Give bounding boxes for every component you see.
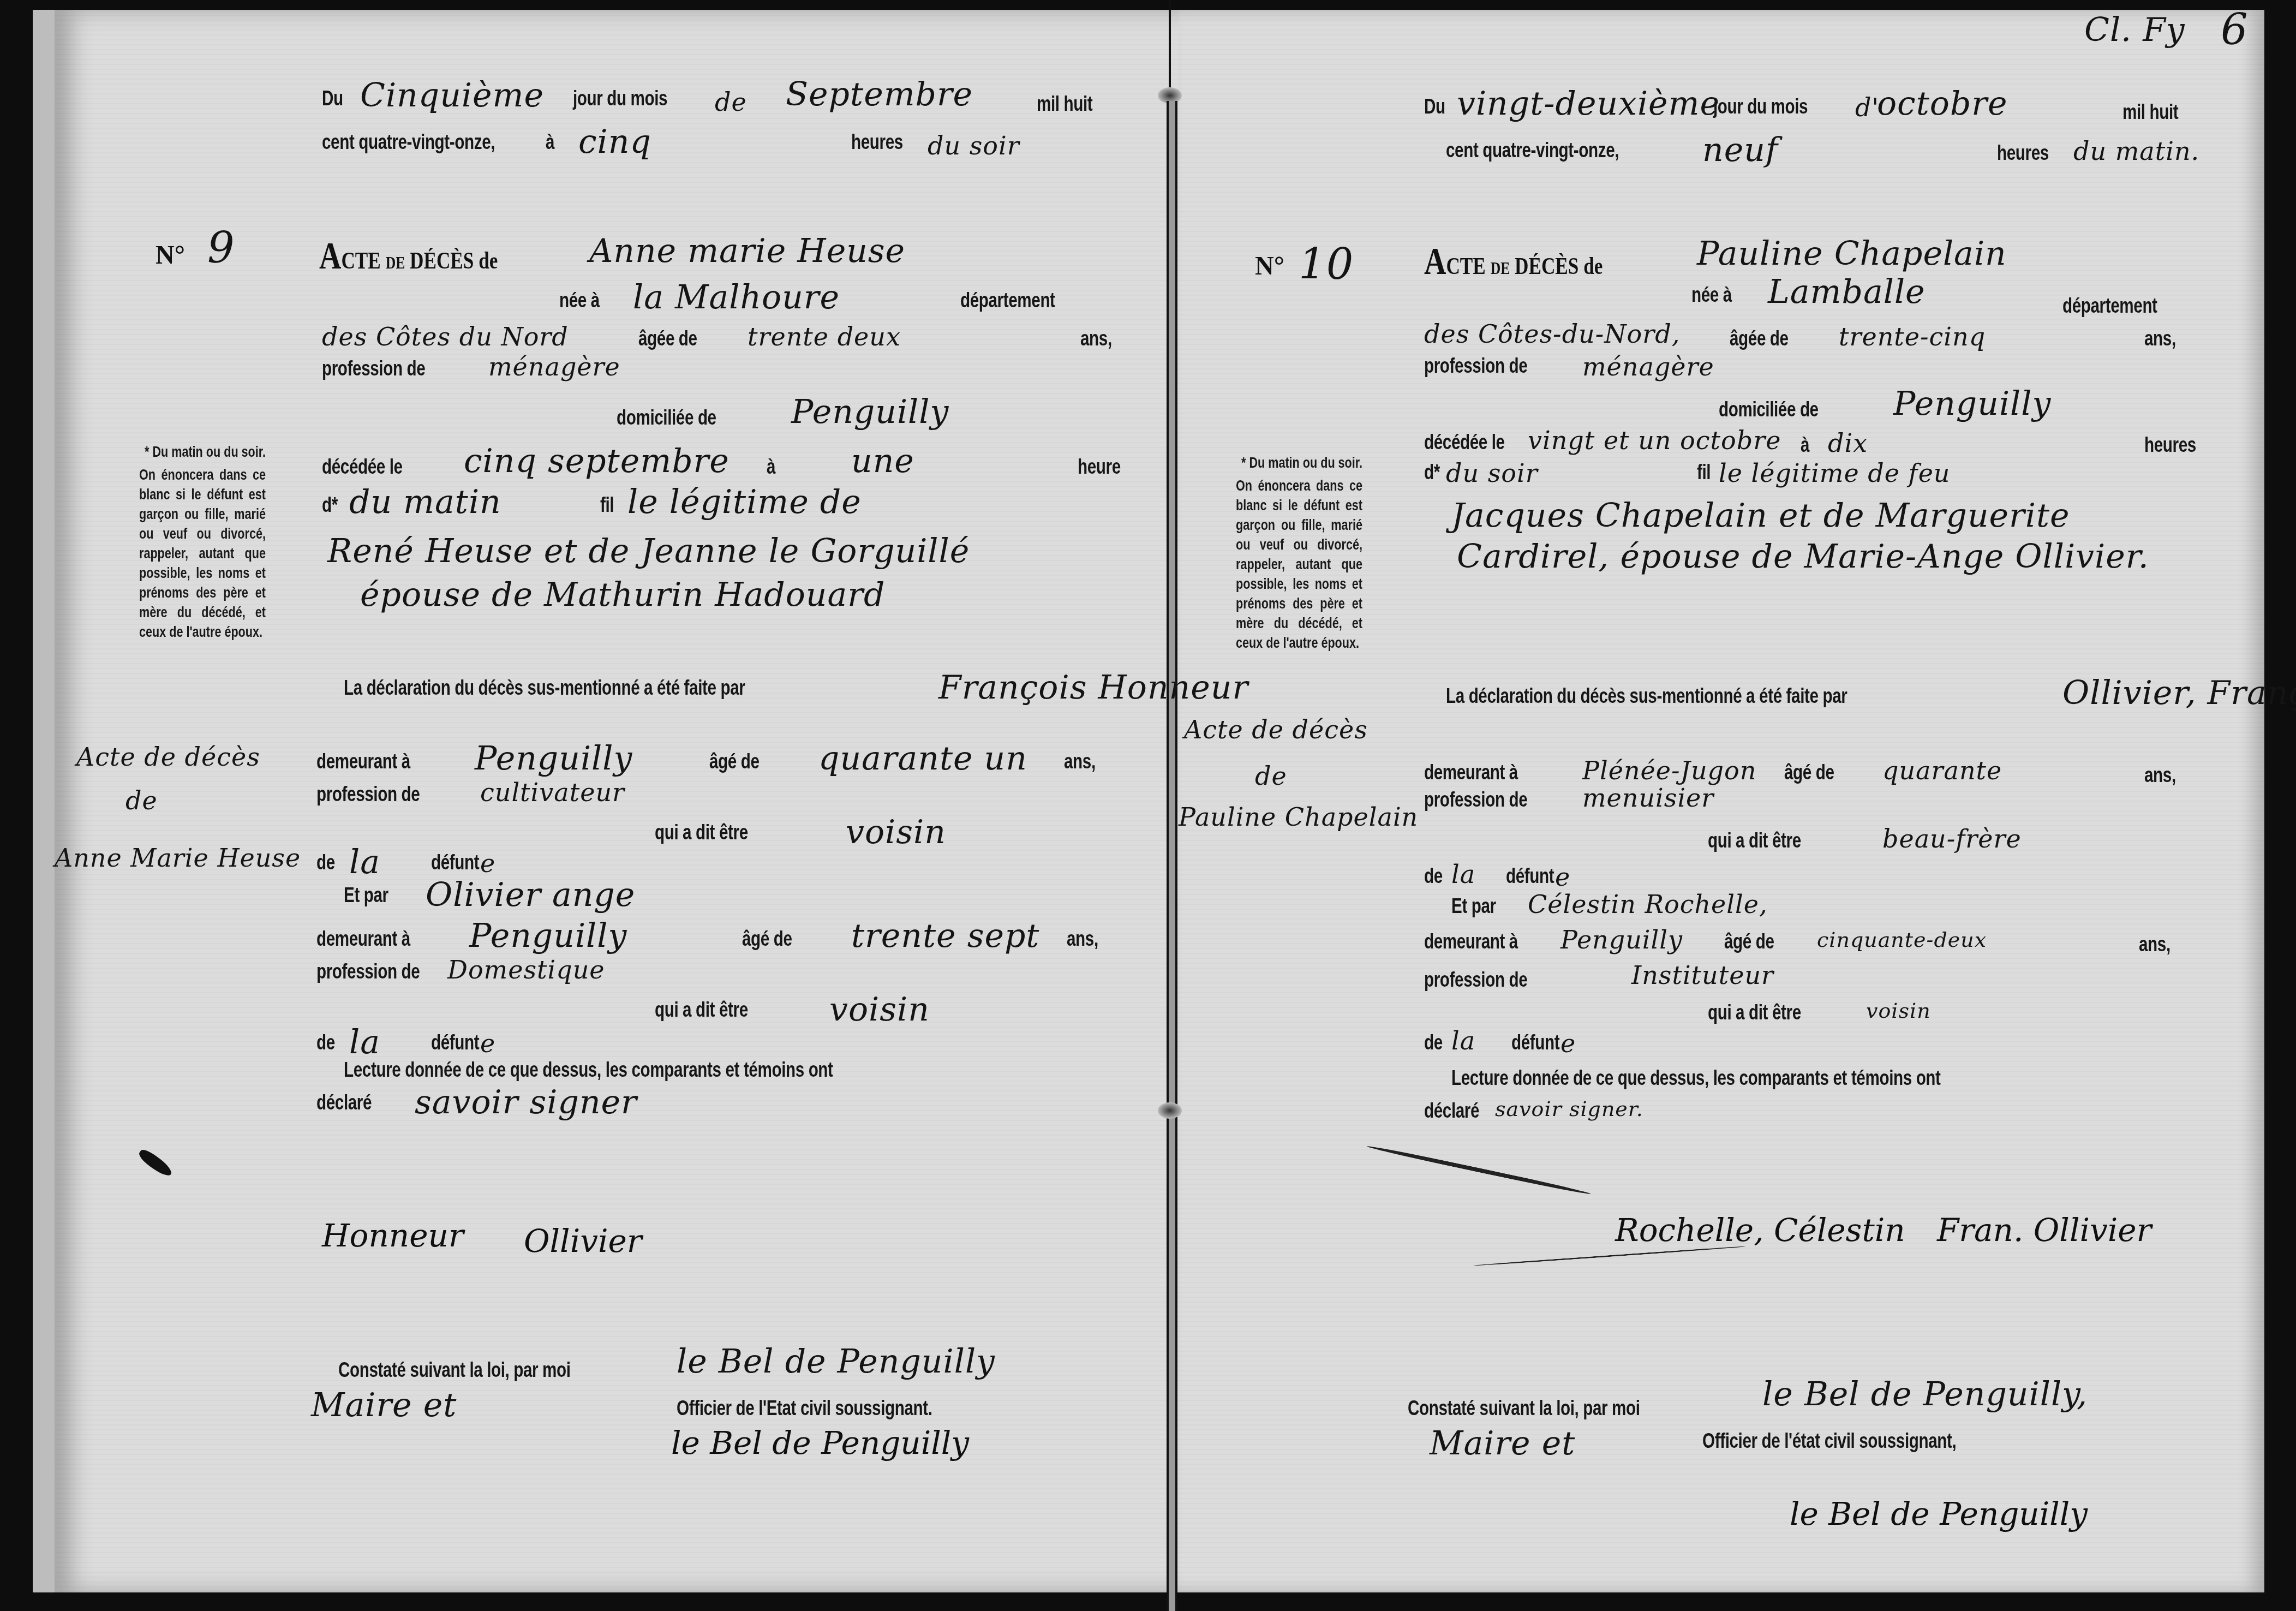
record-10-number: 10 [1299, 240, 1354, 289]
label-age-de2: âgé de [742, 928, 792, 951]
record-9-margin-line2: de [125, 786, 158, 815]
acte-deces: DÉCÈS [410, 247, 474, 274]
acte-rest: CTE [341, 247, 380, 274]
label-profession-r3: profession de [1424, 969, 1527, 992]
record-10-declarant2-residence: Penguilly [1560, 925, 1683, 954]
record-9-officer-title: Maire et [311, 1386, 457, 1424]
record-10-profession: ménagère [1582, 352, 1714, 381]
record-10-margin-line2: de [1255, 761, 1287, 791]
label-d-star-r: d* [1424, 461, 1440, 485]
record-10-margin-line3: Pauline Chapelain [1179, 802, 1418, 832]
record-9-margin-line1: Acte de décès [76, 742, 260, 772]
label-departement-r: département [2062, 295, 2157, 318]
record-10-death-period: du soir [1446, 458, 1538, 488]
record-9-death-date: cinq septembre [464, 442, 730, 480]
label-declare-r: déclaré [1424, 1100, 1479, 1123]
acte-initial-r: A [1424, 241, 1446, 283]
record-9-month: Septembre [786, 75, 973, 114]
label-ans-r3: ans, [2139, 933, 2171, 957]
label-du-r: Du [1424, 96, 1445, 119]
label-officier-right: Officier de l'état civil soussignant, [1702, 1430, 1956, 1453]
label-heures-plural: heures [2144, 434, 2196, 457]
label-defunt-r: défunt [1506, 865, 1554, 888]
acte-rest-r: CTE [1446, 253, 1485, 279]
record-9-declarant1-residence: Penguilly [475, 739, 632, 778]
label-defunt-r2: défunt [1511, 1031, 1559, 1055]
record-9-defunt-suffix: e [480, 849, 495, 878]
record-9-de-la: la [349, 843, 380, 881]
label-jour-du-mois-r: jour du mois [1713, 96, 1808, 119]
label-demeurant: demeurant à [316, 750, 410, 774]
label-et-par: Et par [344, 884, 388, 908]
label-du: Du [322, 87, 343, 111]
label-heures: heures [851, 131, 903, 154]
record-10-deceased-name: Pauline Chapelain [1697, 235, 2007, 273]
acte-title: ACTE DE DÉCÈS de [319, 235, 498, 278]
record-9-filiation: le légitime de [627, 483, 862, 521]
acte-de2: de [479, 247, 498, 274]
label-d-star: d* [322, 494, 338, 517]
record-9-number: 9 [207, 224, 235, 273]
acte-deces-r: DÉCÈS [1515, 253, 1578, 279]
label-heures-r: heures [1997, 142, 2049, 165]
label-ans-r2: ans, [2144, 764, 2176, 787]
label-ans-r: ans, [2144, 327, 2176, 351]
label-de: de [316, 851, 335, 875]
record-10-day: vingt-deuxième [1457, 85, 1720, 123]
label-a2: à [767, 456, 775, 479]
label-defunt2: défunt [431, 1031, 479, 1055]
label-number: N° [156, 240, 185, 270]
binding-gutter [1161, 0, 1177, 1611]
record-9-declarant2-name: Olivier ange [426, 876, 635, 914]
label-domiciliee: domiciliée de [617, 407, 716, 430]
record-9-declarant1-relation: voisin [846, 813, 946, 851]
label-profession-r: profession de [1424, 355, 1527, 378]
label-jour-du-mois: jour du mois [573, 87, 667, 111]
label-year: cent quatre-vingt-onze, [322, 131, 495, 154]
record-9-birthplace: la Malhoure [633, 278, 840, 317]
record-10-defunt-suffix: e [1555, 862, 1570, 892]
label-a: à [546, 131, 554, 154]
label-decedee-le: décédée le [322, 456, 403, 479]
record-9-declared: savoir signer [415, 1083, 637, 1121]
record-10-month: octobre [1877, 85, 2008, 123]
record-10-signature-1: Rochelle, Célestin [1615, 1212, 1905, 1249]
margin-note-r-line1: * Du matin ou du soir. [1236, 453, 1362, 473]
label-fil: fil [600, 494, 614, 517]
label-profession3: profession de [316, 960, 420, 984]
label-agee-de: âgée de [638, 327, 697, 351]
label-declare: déclaré [316, 1091, 372, 1115]
label-age-de-r2: âgé de [1724, 930, 1774, 954]
acte-title-r: ACTE DE DÉCÈS de [1424, 240, 1603, 284]
record-10-filiation: le légitime de feu [1719, 458, 1950, 488]
record-10-parents: Jacques Chapelain et de Marguerite [1451, 497, 2070, 535]
record-9-domicile: Penguilly [791, 393, 949, 431]
record-9-declarant1-name: François Honneur [938, 669, 1248, 707]
acte-de-r: DE [1491, 258, 1510, 278]
record-10-declarant1-age: quarante [1882, 756, 2002, 785]
record-10-spouse: Cardirel, épouse de Marie-Ange Ollivier. [1457, 538, 2149, 576]
label-qui-a-dit-r: qui a dit être [1708, 830, 1801, 853]
record-10-month-prefix: d' [1855, 93, 1879, 122]
record-9-spouse: épouse de Mathurin Hadouard [360, 576, 885, 614]
label-nee-a-r: née à [1691, 284, 1732, 307]
label-agee-de-r: âgée de [1730, 327, 1789, 351]
label-profession: profession de [322, 357, 425, 381]
label-officier-left: Officier de l'Etat civil soussignant. [677, 1397, 932, 1421]
label-lecture: Lecture donnée de ce que dessus, les com… [344, 1059, 833, 1082]
record-9-margin-line3: Anne Marie Heuse [55, 843, 301, 873]
label-declaration: La déclaration du décès sus-mentionné a … [344, 677, 745, 700]
record-9-declarant2-profession: Domestique [447, 955, 605, 985]
record-9-death-hour: une [851, 442, 914, 480]
record-10-declarant1-residence: Plénée-Jugon [1582, 756, 1756, 785]
acte-initial: A [319, 235, 341, 277]
label-departement: département [960, 289, 1055, 313]
label-mil-huit-r: mil huit [2122, 101, 2178, 124]
label-defunt: défunt [431, 851, 479, 875]
label-demeurant-r2: demeurant à [1424, 930, 1518, 954]
record-10-age: trente-cinq [1839, 322, 1986, 351]
record-10-officer-name: le Bel de Penguilly, [1762, 1375, 2088, 1413]
label-constate-r: Constaté suivant la loi, par moi [1408, 1397, 1640, 1421]
record-10-department: des Côtes-du-Nord, [1424, 319, 1680, 349]
label-nee-a: née à [559, 289, 600, 313]
label-heure: heure [1078, 456, 1121, 479]
label-de-r2: de [1424, 1031, 1443, 1055]
record-10-declarant1-profession: menuisier [1582, 783, 1714, 813]
binding-knot-lower [1158, 1102, 1182, 1119]
label-age-de: âgé de [709, 750, 760, 774]
record-10-officer-title: Maire et [1430, 1424, 1575, 1463]
record-10-officer-signature: le Bel de Penguilly [1790, 1495, 2088, 1532]
label-demeurant2: demeurant à [316, 928, 410, 951]
label-demeurant-r: demeurant à [1424, 761, 1518, 785]
label-ans2: ans, [1064, 750, 1096, 774]
label-mil-huit: mil huit [1037, 93, 1092, 116]
label-declaration-r: La déclaration du décès sus-mentionné a … [1446, 685, 1847, 708]
margin-note-r-line2: On énoncera dans ce blanc si le défunt e… [1236, 476, 1362, 653]
record-10-margin-line1: Acte de décès [1184, 715, 1368, 744]
record-10-declarant1-relation: beau-frère [1882, 824, 2022, 854]
label-lecture-r: Lecture donnée de ce que dessus, les com… [1451, 1067, 1941, 1090]
record-10-birthplace: Lamballe [1768, 273, 1926, 311]
record-9-officer-name: le Bel de Penguilly [677, 1342, 995, 1381]
label-profession-r2: profession de [1424, 789, 1527, 812]
record-10-declared: savoir signer. [1495, 1097, 1643, 1121]
record-9-officer-signature: le Bel de Penguilly [671, 1424, 969, 1461]
record-9-signature-2: Ollivier [524, 1222, 642, 1260]
record-9-death-period: du matin [349, 483, 501, 521]
margin-note-line2: On énoncera dans ce blanc si le défunt e… [139, 465, 266, 642]
record-9-signature-1: Honneur [322, 1217, 464, 1254]
record-9-month-prefix: de [715, 87, 747, 117]
label-ans3: ans, [1067, 928, 1098, 951]
record-10-defunt-suffix2: e [1560, 1029, 1576, 1058]
label-age-de-r: âgé de [1784, 761, 1834, 785]
register-spread: Du Cinquième jour du mois de Septembre m… [0, 0, 2296, 1611]
label-profession2: profession de [316, 783, 420, 807]
record-10-time: neuf [1702, 131, 1778, 169]
label-de-r: de [1424, 865, 1443, 888]
acte-de2-r: de [1583, 253, 1603, 279]
record-10-de-la2: la [1451, 1026, 1475, 1055]
record-9-declarant1-age: quarante un [818, 739, 1027, 778]
label-constate: Constaté suivant la loi, par moi [338, 1359, 571, 1382]
binding-thread [1167, 101, 1177, 1611]
label-a-r: à [1801, 434, 1809, 457]
page-annotation: Cl. Fy [2084, 11, 2185, 49]
record-9-de-la2: la [349, 1023, 380, 1061]
record-10-declarant2-age: cinquante-deux [1817, 928, 1987, 952]
record-9-declarant1-profession: cultivateur [480, 778, 625, 807]
record-10-declarant2-relation: voisin [1866, 999, 1931, 1023]
record-9-age: trente deux [748, 322, 901, 351]
margin-note-left: * Du matin ou du soir. On énoncera dans … [139, 442, 266, 642]
margin-note-right: * Du matin ou du soir. On énoncera dans … [1236, 453, 1362, 653]
label-qui-a-dit2: qui a dit être [655, 999, 748, 1022]
record-10-declarant2-profession: Instituteur [1631, 960, 1774, 990]
record-10-death-hour: dix [1828, 428, 1868, 458]
record-9-period: du soir [928, 131, 1020, 160]
label-de2: de [316, 1031, 335, 1055]
label-domiciliee-r: domiciliée de [1719, 398, 1819, 422]
record-10-period: du matin. [2073, 136, 2199, 166]
record-9-department: des Côtes du Nord [322, 322, 569, 351]
page-number: 6 [2221, 5, 2249, 55]
label-number-r: N° [1255, 251, 1284, 281]
label-qui-a-dit-r2: qui a dit être [1708, 1001, 1801, 1025]
label-fil-r: fil [1697, 461, 1711, 485]
record-10-declarant2-name: Célestin Rochelle, [1528, 890, 1768, 919]
record-9-profession: ménagère [488, 352, 620, 381]
label-ans: ans, [1080, 327, 1112, 351]
record-10-declarant1-name: Ollivier, François [2062, 674, 2296, 712]
record-10-signature-2: Fran. Ollivier [1937, 1212, 2151, 1249]
record-9-parents: René Heuse et de Jeanne le Gorguillé [327, 532, 970, 570]
record-9-defunt-suffix2: e [480, 1029, 495, 1058]
label-decedee-le-r: décédée le [1424, 431, 1505, 455]
binding-thread-top [1169, 0, 1171, 101]
record-9-declarant2-age: trente sept [851, 917, 1039, 955]
record-9-declarant2-relation: voisin [829, 991, 930, 1029]
record-10-de-la: la [1451, 860, 1475, 889]
record-9-declarant2-residence: Penguilly [469, 917, 627, 955]
record-9-time: cinq [578, 123, 651, 161]
acte-de: DE [386, 253, 405, 272]
label-et-par-r: Et par [1451, 895, 1496, 918]
record-9-deceased-name: Anne marie Heuse [589, 232, 905, 270]
record-10-death-date: vingt et un octobre [1528, 426, 1781, 455]
margin-note-line1: * Du matin ou du soir. [139, 442, 266, 462]
label-qui-a-dit: qui a dit être [655, 821, 748, 845]
record-10-domicile: Penguilly [1893, 385, 2051, 423]
record-9-day: Cinquième [360, 76, 544, 115]
label-year-r: cent quatre-vingt-onze, [1446, 139, 1619, 163]
